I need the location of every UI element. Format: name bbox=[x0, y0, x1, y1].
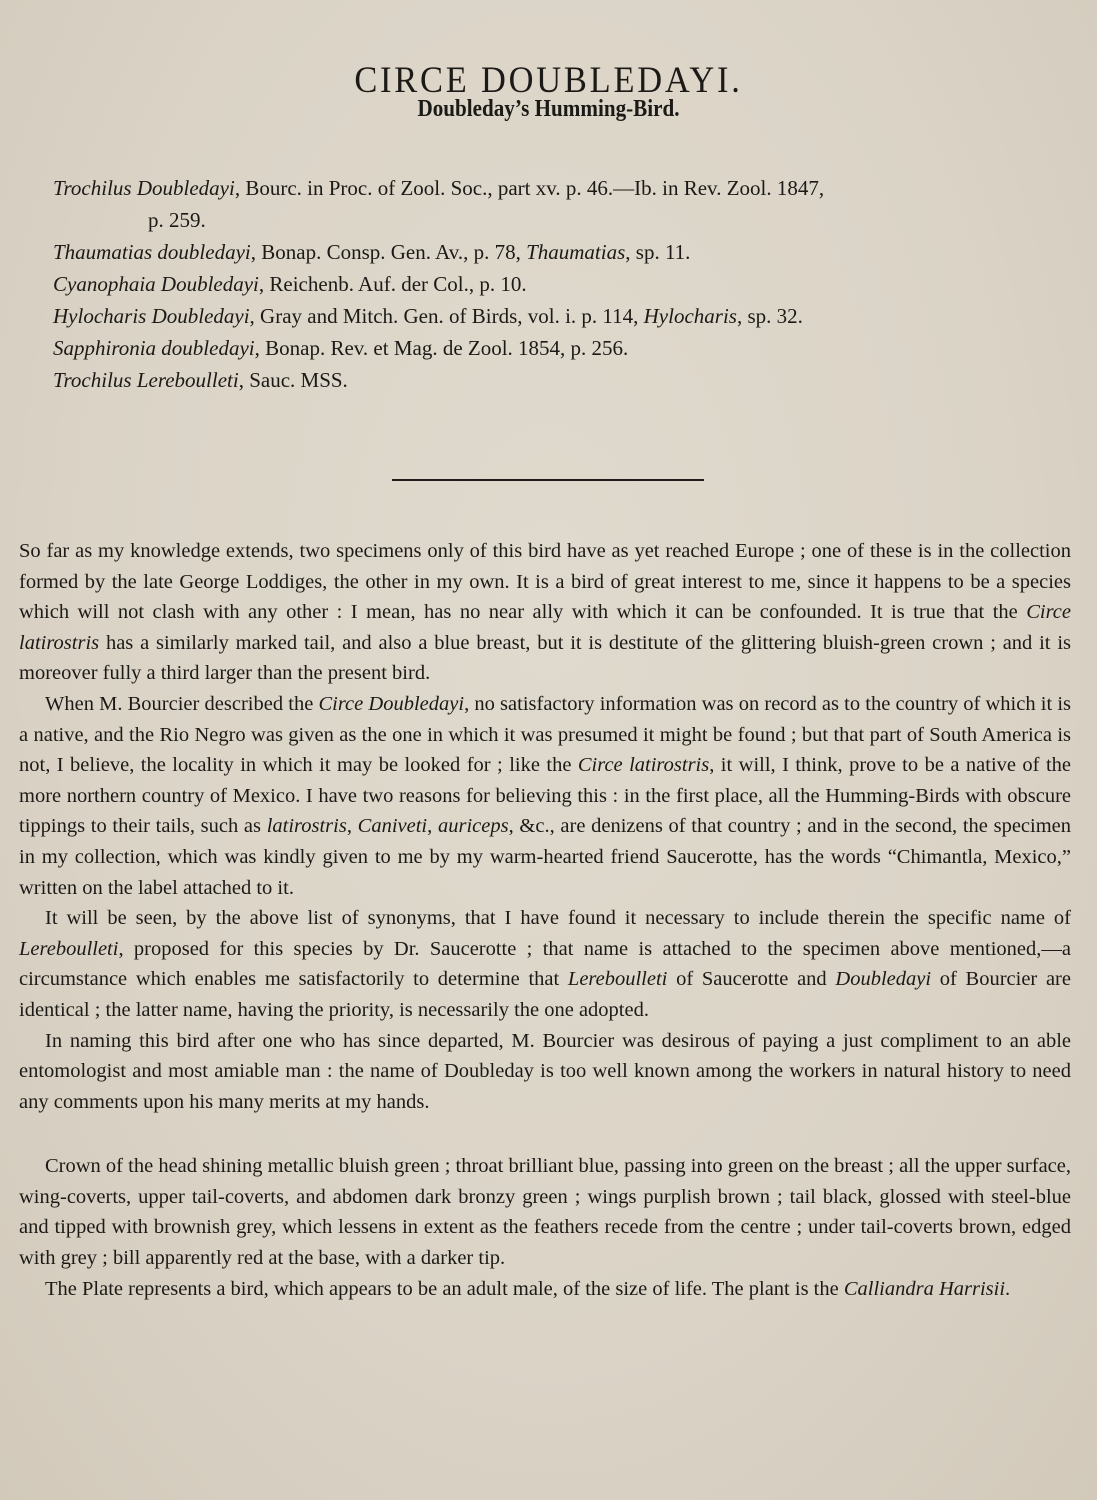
taxon-name: Hylocharis Doubledayi bbox=[53, 304, 250, 328]
taxon-name: Circe latirostris bbox=[578, 754, 709, 776]
paragraph-synonymy: It will be seen, by the above list of sy… bbox=[19, 903, 1071, 1025]
document-page: CIRCE DOUBLEDAYI. Doubleday’s Humming-Bi… bbox=[0, 0, 1097, 1500]
page-subtitle: Doubleday’s Humming-Bird. bbox=[66, 96, 1031, 123]
synonym-entry: Thaumatias doubledayi, Bonap. Consp. Gen… bbox=[53, 236, 1063, 268]
synonym-entry: Cyanophaia Doubledayi, Reichenb. Auf. de… bbox=[53, 268, 1063, 300]
citation: , Bonap. Consp. Gen. Av., p. 78, bbox=[251, 240, 526, 264]
taxon-name: Trochilus Lereboulleti bbox=[53, 368, 239, 392]
taxon-name: Caniveti bbox=[358, 815, 427, 837]
citation: , Gray and Mitch. Gen. of Birds, vol. i.… bbox=[250, 304, 644, 328]
plant-name: Calliandra Harrisii bbox=[844, 1278, 1005, 1300]
section-divider bbox=[392, 479, 704, 481]
body-text: So far as my knowledge extends, two spec… bbox=[19, 536, 1071, 1304]
taxon-name: Lereboulleti bbox=[568, 968, 667, 990]
paragraph-gap bbox=[19, 1117, 1071, 1151]
citation: , Bonap. Rev. et Mag. de Zool. 1854, p. … bbox=[255, 336, 629, 360]
paragraph-locality: When M. Bourcier described the Circe Dou… bbox=[19, 689, 1071, 903]
synonym-entry: Trochilus Lereboulleti, Sauc. MSS. bbox=[53, 364, 1063, 396]
synonym-entry: Hylocharis Doubledayi, Gray and Mitch. G… bbox=[53, 300, 1063, 332]
synonym-entry: Trochilus Doubledayi, Bourc. in Proc. of… bbox=[53, 172, 1063, 204]
taxon-name: auriceps bbox=[438, 815, 509, 837]
taxon-name: Cyanophaia Doubledayi bbox=[53, 272, 259, 296]
synonymy-list: Trochilus Doubledayi, Bourc. in Proc. of… bbox=[53, 172, 1063, 396]
citation: , Reichenb. Auf. der Col., p. 10. bbox=[259, 272, 527, 296]
synonym-entry: Sapphironia doubledayi, Bonap. Rev. et M… bbox=[53, 332, 1063, 364]
citation: , Sauc. MSS. bbox=[239, 368, 348, 392]
citation: , sp. 11. bbox=[625, 240, 690, 264]
taxon-name: Lereboulleti bbox=[19, 938, 118, 960]
taxon-name: Trochilus Doubledayi bbox=[53, 176, 235, 200]
paragraph-distribution: So far as my knowledge extends, two spec… bbox=[19, 536, 1071, 689]
citation: , sp. 32. bbox=[737, 304, 803, 328]
paragraph-naming: In naming this bird after one who has si… bbox=[19, 1026, 1071, 1118]
citation: , Bourc. in Proc. of Zool. Soc., part xv… bbox=[235, 176, 824, 200]
taxon-name: Circe Doubledayi bbox=[318, 693, 464, 715]
paragraph-description: Crown of the head shining metallic bluis… bbox=[19, 1151, 1071, 1273]
taxon-name: Doubledayi bbox=[835, 968, 931, 990]
synonym-entry-continuation: p. 259. bbox=[53, 204, 1063, 236]
taxon-name: latirostris bbox=[267, 815, 347, 837]
genus-name: Thaumatias bbox=[526, 240, 625, 264]
paragraph-plate-note: The Plate represents a bird, which appea… bbox=[19, 1274, 1071, 1305]
citation: p. 259. bbox=[148, 208, 206, 232]
genus-name: Hylocharis bbox=[644, 304, 737, 328]
taxon-name: Thaumatias doubledayi bbox=[53, 240, 251, 264]
taxon-name: Sapphironia doubledayi bbox=[53, 336, 255, 360]
